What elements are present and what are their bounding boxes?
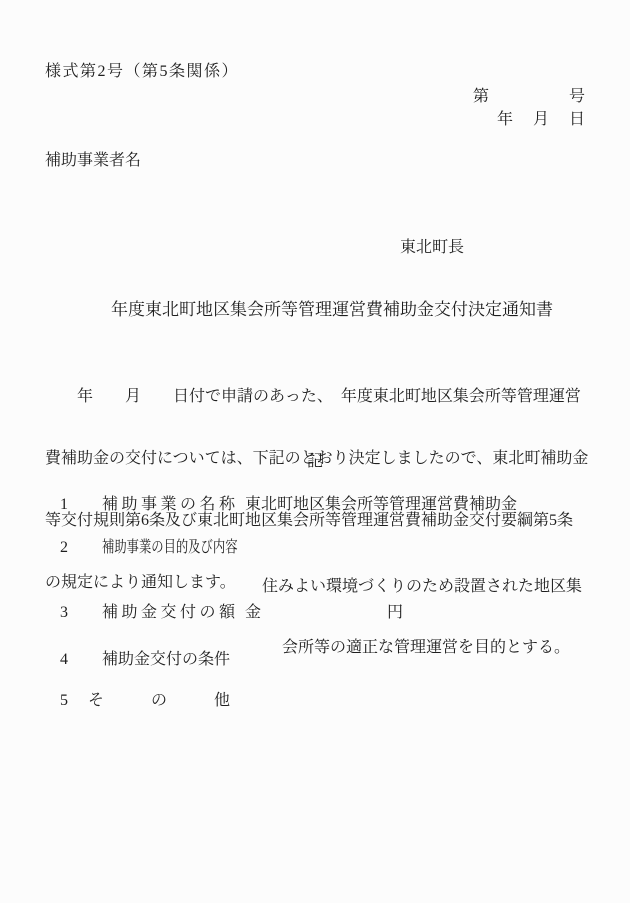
item-label: 補助金交付の条件 [102, 650, 235, 669]
addressee-label: 補助事業者名 [45, 151, 141, 170]
item-number: 2 [60, 538, 78, 557]
document-date-field: 年 月 日 [497, 110, 585, 129]
item-value-line: 住みよい環境づくりのため設置された地区集 [245, 576, 582, 598]
list-item-4: 4 補助金交付の条件 [60, 650, 235, 669]
item-number: 4 [60, 650, 78, 669]
item-label: その他 [88, 691, 230, 710]
item-value: 金 円 [245, 603, 403, 622]
item-label: 補助事業の目的及び内容 [102, 538, 204, 557]
item-number: 1 [60, 495, 78, 514]
item-label: 補助金交付の額 [102, 603, 235, 622]
amount-unit: 円 [387, 603, 403, 622]
item-number: 5 [60, 691, 78, 710]
item-value: 東北町地区集会所等管理運営費補助金 [245, 495, 517, 514]
amount-prefix: 金 [245, 603, 261, 622]
item-number: 3 [60, 603, 78, 622]
list-item-1: 1 補助事業の名称 東北町地区集会所等管理運営費補助金 [60, 495, 517, 514]
form-number: 様式第2号（第5条関係） [45, 62, 239, 81]
list-item-3: 3 補助金交付の額 金 円 [60, 603, 403, 622]
item-value-line: 会所等の適正な管理運営を目的とする。 [245, 637, 582, 659]
sender-signature: 東北町長 [400, 238, 464, 257]
document-number-field: 第 号 [473, 87, 585, 106]
document-title: 年度東北町地区集会所等管理運営費補助金交付決定通知書 [0, 300, 630, 320]
list-item-5: 5 その他 [60, 691, 230, 710]
body-line: 年 月 日付で申請のあった、 年度東北町地区集会所等管理運営 [45, 385, 607, 409]
document-page: 様式第2号（第5条関係） 第 号 年 月 日 補助事業者名 東北町長 年度東北町… [0, 0, 630, 903]
amount-blank-field [261, 603, 387, 622]
item-label: 補助事業の名称 [102, 495, 235, 514]
section-marker-ki: 記 [0, 452, 630, 471]
